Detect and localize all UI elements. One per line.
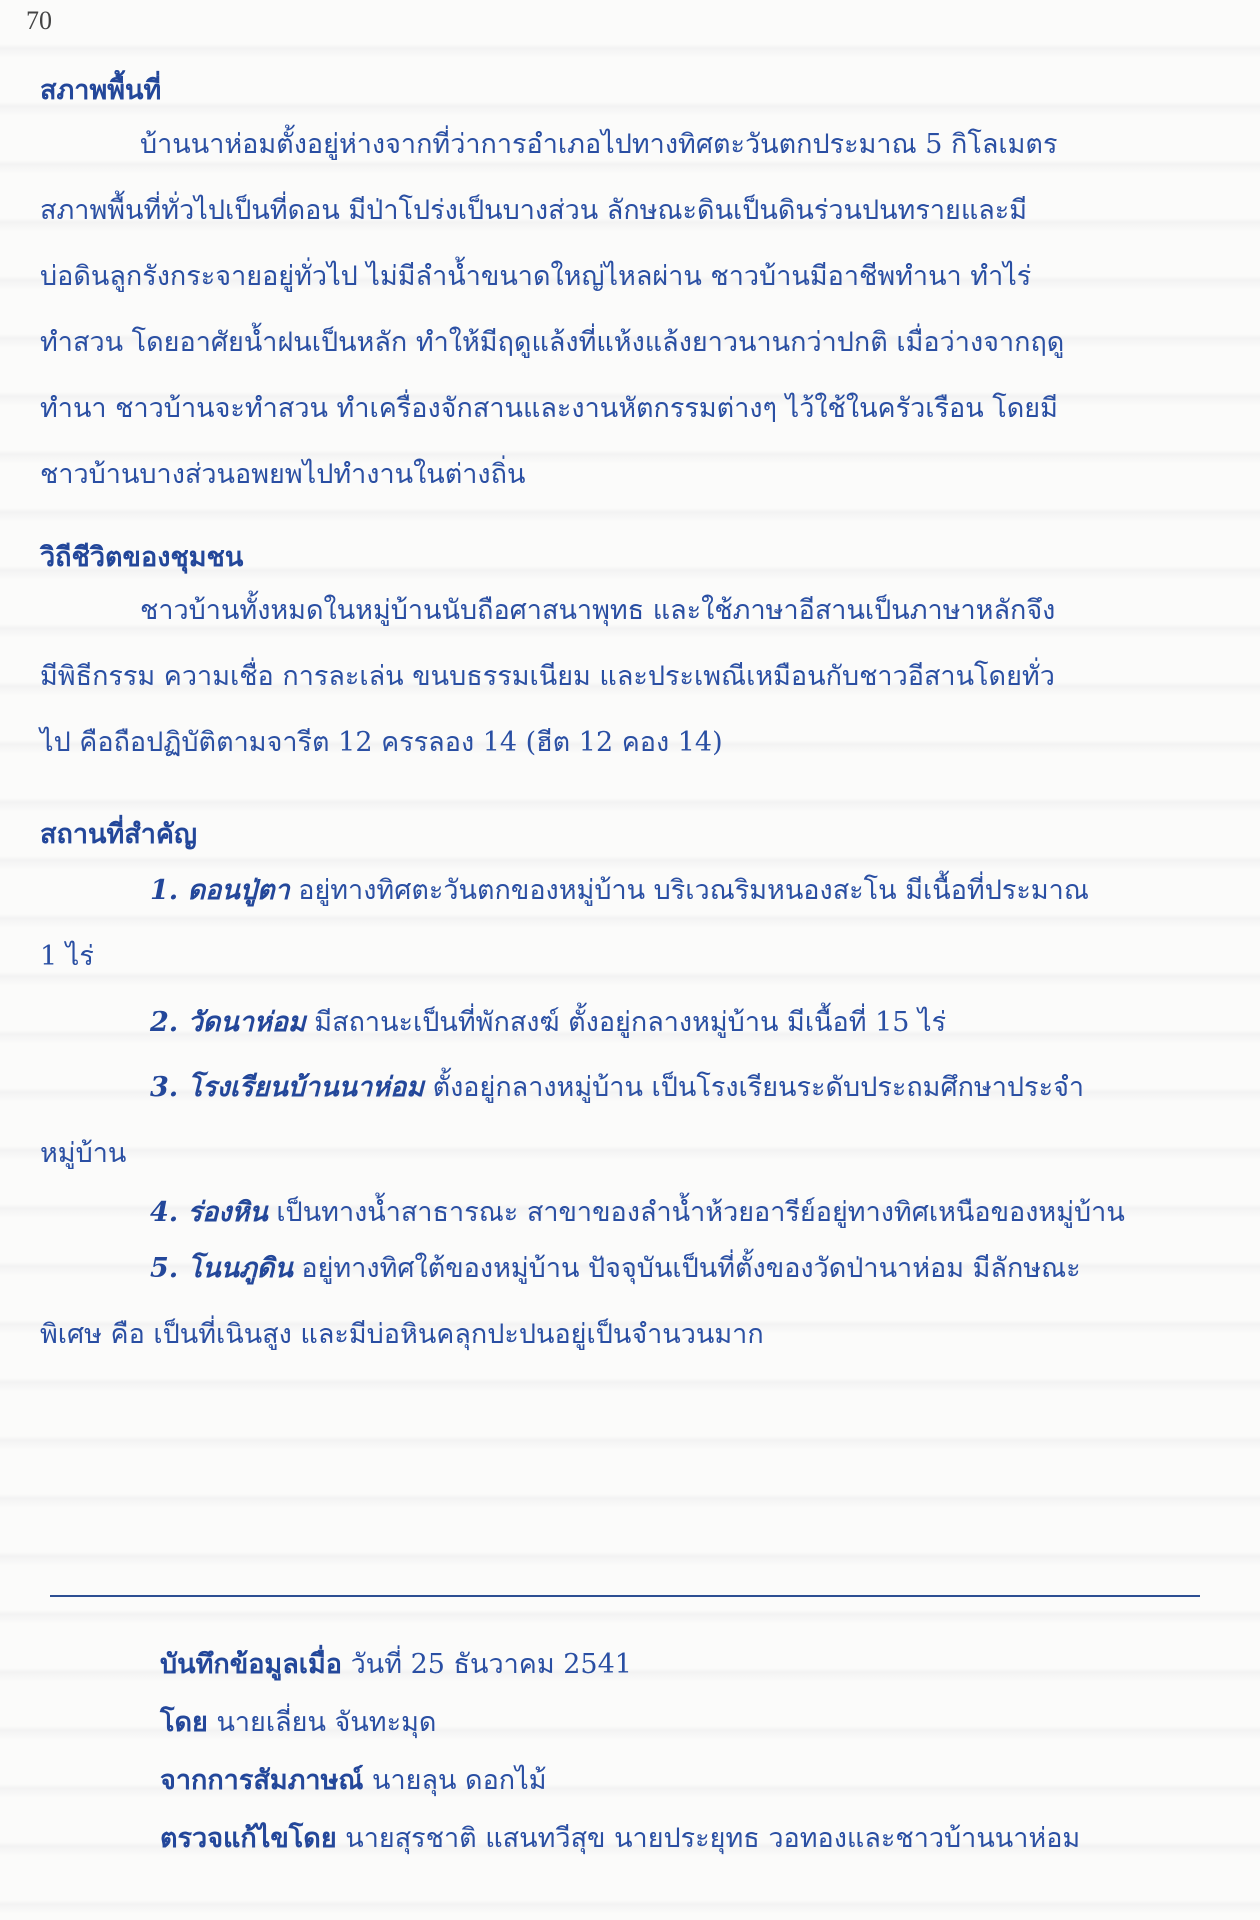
section-heading-important-places: สถานที่สำคัญ	[40, 812, 197, 855]
record-interview: จากการสัมภาษณ์ นายลุน ดอกไม้	[160, 1758, 547, 1801]
page-number: 70	[26, 6, 52, 36]
paragraph-line: มีพิธีกรรม ความเชื่อ การละเล่น ขนบธรรมเน…	[40, 644, 1200, 710]
footer-divider	[50, 1595, 1200, 1597]
paragraph-line: ชาวบ้านบางส่วนอพยพไปทำงานในต่างถิ่น	[40, 442, 1200, 508]
place-title: 5. โนนภูดิน	[150, 1253, 293, 1284]
paragraph-line: สภาพพื้นที่ทั่วไปเป็นที่ดอน มีป่าโปร่งเป…	[40, 178, 1200, 244]
paragraph-line: ทำสวน โดยอาศัยน้ำฝนเป็นหลัก ทำให้มีฤดูแล…	[40, 310, 1200, 376]
paragraph-terrain: บ้านนาห่อมตั้งอยู่ห่างจากที่ว่าการอำเภอไ…	[40, 112, 1200, 508]
paragraph-line: ทำนา ชาวบ้านจะทำสวน ทำเครื่องจักสานและงา…	[40, 376, 1200, 442]
paragraph-line: บ้านนาห่อมตั้งอยู่ห่างจากที่ว่าการอำเภอไ…	[40, 112, 1200, 178]
record-reviewed: ตรวจแก้ไขโดย นายสุรชาติ แสนทวีสุข นายประ…	[160, 1816, 1080, 1859]
place-title: 3. โรงเรียนบ้านนาห่อม	[150, 1072, 424, 1103]
place-title: 4. ร่องหิน	[150, 1197, 268, 1228]
place-item-wat-na-hom: 2. วัดนาห่อม มีสถานะเป็นที่พักสงฆ์ ตั้งอ…	[40, 990, 1200, 1056]
place-title: 2. วัดนาห่อม	[150, 1007, 306, 1038]
paragraph-way-of-life: ชาวบ้านทั้งหมดในหมู่บ้านนับถือศาสนาพุทธ …	[40, 578, 1200, 776]
section-heading-way-of-life: วิถีชีวิตของชุมชน	[40, 535, 243, 578]
place-item-school: 3. โรงเรียนบ้านนาห่อม ตั้งอยู่กลางหมู่บ้…	[40, 1055, 1200, 1187]
section-heading-terrain: สภาพพื้นที่	[40, 68, 161, 111]
record-author: โดย นายเลี่ยน จันทะมุด	[160, 1700, 436, 1743]
paragraph-line: ไป คือถือปฏิบัติตามจารีต 12 ครรลอง 14 (ฮ…	[40, 710, 1200, 776]
place-title: 1. ดอนปู่ตา	[150, 875, 290, 906]
place-item-don-pu-ta: 1. ดอนปู่ตา อยู่ทางทิศตะวันตกของหมู่บ้าน…	[40, 858, 1200, 990]
place-item-non-phu-din: 5. โนนภูดิน อยู่ทางทิศใต้ของหมู่บ้าน ปัจ…	[40, 1236, 1200, 1368]
paragraph-line: ชาวบ้านทั้งหมดในหมู่บ้านนับถือศาสนาพุทธ …	[40, 578, 1200, 644]
paragraph-line: บ่อดินลูกรังกระจายอยู่ทั่วไป ไม่มีลำน้ำข…	[40, 244, 1200, 310]
record-date: บันทึกข้อมูลเมื่อ วันที่ 25 ธันวาคม 2541	[160, 1642, 632, 1685]
